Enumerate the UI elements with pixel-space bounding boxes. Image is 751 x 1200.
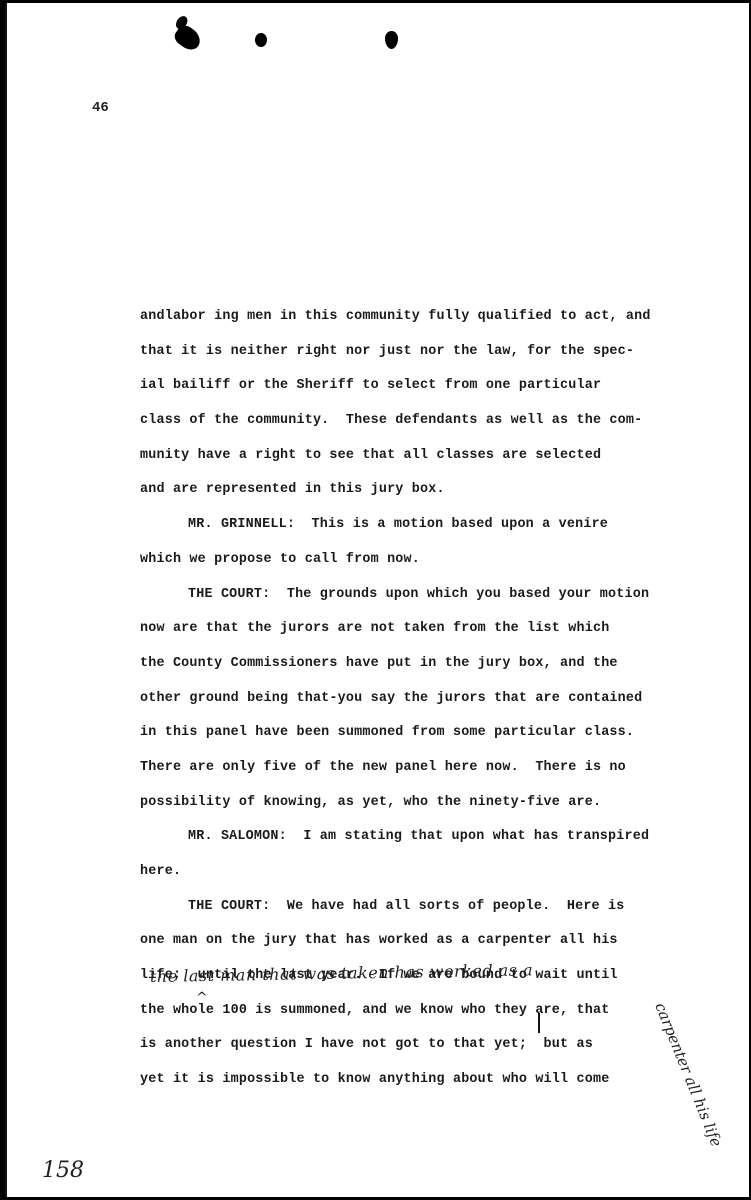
line-text: ial bailiff or the Sheriff to select fro… bbox=[140, 378, 601, 393]
transcript-line: yet it is impossible to know anything ab… bbox=[140, 1069, 720, 1104]
page-number: 46 bbox=[92, 100, 109, 116]
line-text: We have had all sorts of people. Here is bbox=[270, 899, 624, 914]
line-text: now are that the jurors are not taken fr… bbox=[140, 621, 609, 636]
transcript-line: the whole 100 is summoned, and we know w… bbox=[140, 1000, 720, 1035]
transcript-line: and are represented in this jury box. bbox=[140, 479, 720, 514]
line-text: I am stating that upon what has transpir… bbox=[287, 829, 649, 844]
transcript-line: here. bbox=[140, 861, 720, 896]
transcript-line: munity have a right to see that all clas… bbox=[140, 445, 720, 480]
text-cursor-mark bbox=[538, 1013, 540, 1033]
line-text: and are represented in this jury box. bbox=[140, 482, 445, 497]
transcript-line: There are only five of the new panel her… bbox=[140, 757, 720, 792]
transcript-line: in this panel have been summoned from so… bbox=[140, 722, 720, 757]
transcript-line: other ground being that-you say the juro… bbox=[140, 688, 720, 723]
insertion-caret: ^ bbox=[196, 990, 208, 1006]
line-text: This is a motion based upon a venire bbox=[295, 517, 608, 532]
transcript-line: that it is neither right nor just nor th… bbox=[140, 341, 720, 376]
transcript-line: one man on the jury that has worked as a… bbox=[140, 930, 720, 965]
punch-hole-mark bbox=[172, 22, 205, 53]
line-text: one man on the jury that has worked as a… bbox=[140, 933, 618, 948]
speaker-label: MR. SALOMON: bbox=[188, 829, 287, 844]
transcript-line: class of the community. These defendants… bbox=[140, 410, 720, 445]
line-text: yet it is impossible to know anything ab… bbox=[140, 1072, 609, 1087]
line-text: The grounds upon which you based your mo… bbox=[270, 587, 649, 602]
speaker-label: THE COURT: bbox=[188, 899, 270, 914]
punch-hole-mark bbox=[385, 31, 398, 49]
line-text: is another question I have not got to th… bbox=[140, 1037, 593, 1052]
line-text: in this panel have been summoned from so… bbox=[140, 725, 634, 740]
transcript-line: the County Commissioners have put in the… bbox=[140, 653, 720, 688]
transcript-line: is another question I have not got to th… bbox=[140, 1034, 720, 1069]
line-text: the County Commissioners have put in the… bbox=[140, 656, 618, 671]
transcript-line: andlabor ing men in this community fully… bbox=[140, 306, 720, 341]
transcript-line: possibility of knowing, as yet, who the … bbox=[140, 792, 720, 827]
line-text: which we propose to call from now. bbox=[140, 552, 420, 567]
speaker-line: THE COURT: We have had all sorts of peop… bbox=[140, 896, 720, 931]
line-text: class of the community. These defendants… bbox=[140, 413, 642, 428]
line-text: There are only five of the new panel her… bbox=[140, 760, 626, 775]
speaker-label: THE COURT: bbox=[188, 587, 270, 602]
handwritten-folio-number: 158 bbox=[42, 1158, 84, 1183]
speaker-line: THE COURT: The grounds upon which you ba… bbox=[140, 584, 720, 619]
line-text: andlabor ing men in this community fully… bbox=[140, 309, 651, 324]
punch-hole-mark bbox=[255, 33, 267, 47]
transcript-line: ial bailiff or the Sheriff to select fro… bbox=[140, 375, 720, 410]
speaker-line: MR. GRINNELL: This is a motion based upo… bbox=[140, 514, 720, 549]
line-text: possibility of knowing, as yet, who the … bbox=[140, 795, 601, 810]
line-text: here. bbox=[140, 864, 181, 879]
transcript-line: now are that the jurors are not taken fr… bbox=[140, 618, 720, 653]
speaker-label: MR. GRINNELL: bbox=[188, 517, 295, 532]
line-text: that it is neither right nor just nor th… bbox=[140, 344, 634, 359]
line-text: munity have a right to see that all clas… bbox=[140, 448, 601, 463]
line-text: other ground being that-you say the juro… bbox=[140, 691, 642, 706]
transcript-line: which we propose to call from now. bbox=[140, 549, 720, 584]
speaker-line: MR. SALOMON: I am stating that upon what… bbox=[140, 826, 720, 861]
